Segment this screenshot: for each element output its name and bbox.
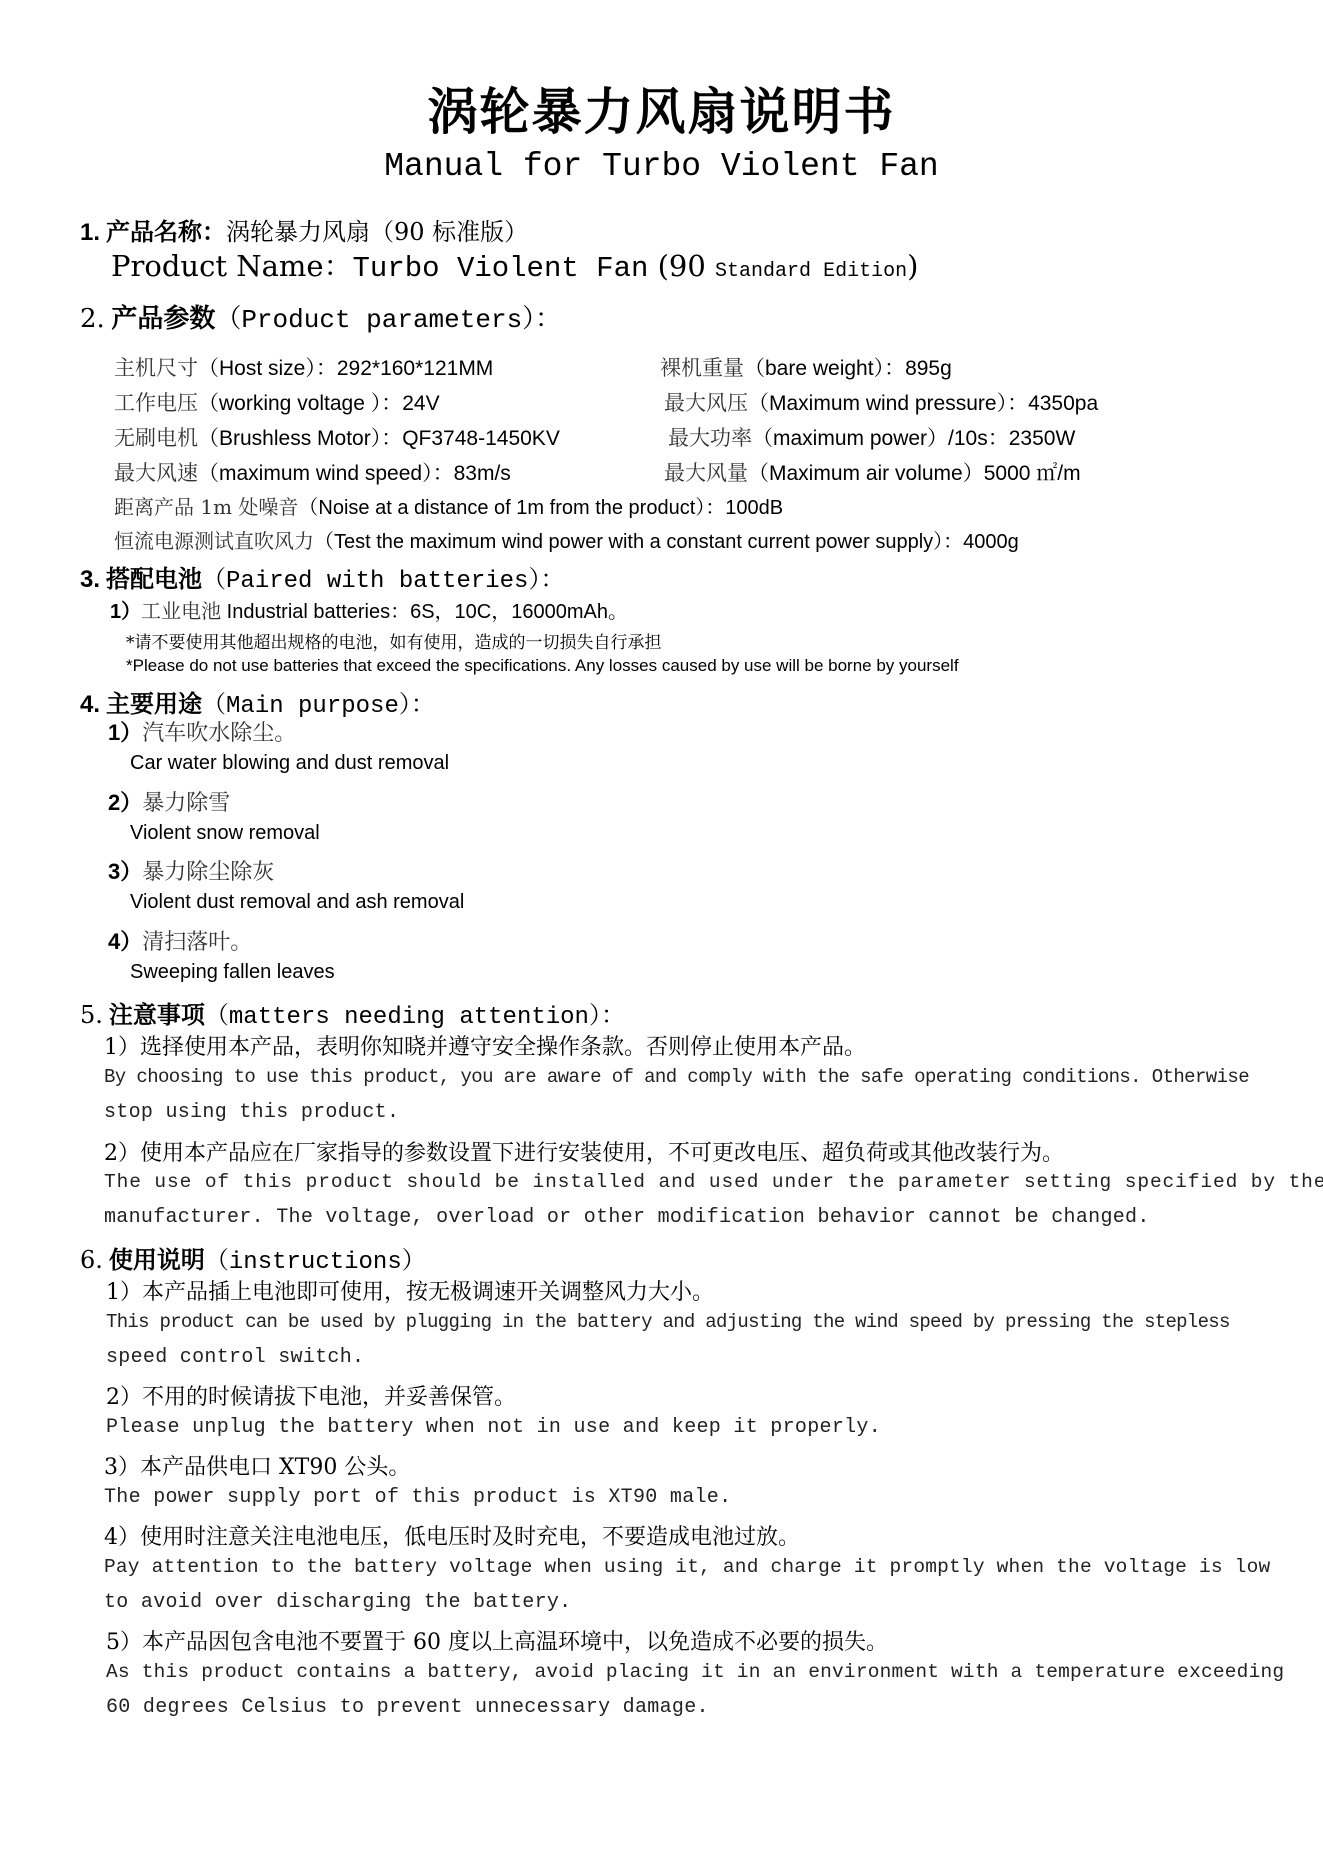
section-number: 2.: [80, 304, 105, 334]
param-label-en: （Host size）：: [198, 357, 337, 380]
param-constant-current-test: 恒流电源测试直吹风力（Test the maximum wind power w…: [114, 525, 1019, 554]
param-label-cn: 工作电压: [114, 391, 198, 415]
instruction-item-2-cn: 2）不用的时候请拔下电池，并妥善保管。: [106, 1380, 516, 1411]
param-bare-weight: 裸机重量（bare weight）：895g: [660, 352, 952, 382]
purpose-item-1: 1）汽车吹水除尘。: [108, 716, 296, 747]
section-5-label-cn: 注意事项: [109, 1000, 205, 1029]
section-3-label-en: （Paired with batteries）：: [202, 568, 564, 595]
param-label-cn: 裸机重量: [660, 356, 744, 380]
param-label-cn: 最大风速: [114, 461, 198, 485]
purpose-item-2: 2）暴力除雪: [108, 786, 230, 817]
param-label-en: （maximum power）/10s：: [752, 427, 1009, 450]
param-value: 24V: [402, 392, 439, 415]
param-value: 4000g: [963, 531, 1019, 553]
section-number: 4.: [80, 691, 100, 718]
attention-item-2-cn: 2）使用本产品应在厂家指导的参数设置下进行安装使用，不可更改电压、超负荷或其他改…: [104, 1136, 1064, 1167]
param-value: 895g: [905, 357, 952, 380]
section-3-heading: 3. 搭配电池（Paired with batteries）：: [80, 559, 564, 595]
section-number: 1.: [80, 219, 100, 246]
section-2-label-cn: 产品参数: [111, 304, 215, 334]
param-label-en: （Brushless Motor）：: [198, 427, 402, 450]
item-cn: 暴力除尘除灰: [142, 860, 274, 885]
section-6-heading: 6. 使用说明（instructions）: [80, 1240, 426, 1276]
purpose-item-4: 4）清扫落叶。: [108, 925, 252, 956]
product-name-label: Product Name：: [111, 249, 353, 283]
attention-item-2-en-line1: The use of this product should be instal…: [104, 1171, 1323, 1193]
item-en: Industrial batteries：6S，10C，16000mAh。: [221, 601, 628, 623]
item-number: 1）: [108, 720, 142, 745]
section-4-label-cn: 主要用途: [106, 689, 202, 718]
attention-item-1-en-line2: stop using this product.: [104, 1101, 399, 1124]
param-value: QF3748-1450KV: [402, 427, 560, 450]
section-6-label-en: （instructions）: [205, 1249, 426, 1276]
product-name-edition: Standard Edition: [715, 260, 907, 283]
section-6-label-cn: 使用说明: [109, 1245, 205, 1274]
section-2-label-en: （Product parameters）：: [215, 305, 561, 335]
param-label-en: （Maximum air volume）: [748, 462, 984, 485]
title-english: Manual for Turbo Violent Fan: [0, 148, 1323, 185]
item-cn: 暴力除雪: [142, 791, 230, 816]
param-label-cn: 最大风量: [664, 461, 748, 485]
param-value: 83m/s: [454, 462, 511, 485]
param-label-cn: 最大功率: [668, 426, 752, 450]
item-cn: 汽车吹水除尘。: [142, 721, 296, 746]
instruction-item-1-cn: 1）本产品插上电池即可使用，按无极调速开关调整风力大小。: [106, 1275, 714, 1306]
purpose-item-3-en: Violent dust removal and ash removal: [130, 891, 464, 914]
purpose-item-2-en: Violent snow removal: [130, 822, 320, 845]
param-label-en: （Noise at a distance of 1m from the prod…: [298, 497, 725, 519]
param-label-cn: 无刷电机: [114, 426, 198, 450]
purpose-item-3: 3）暴力除尘除灰: [108, 855, 274, 886]
param-noise: 距离产品 1m 处噪音（Noise at a distance of 1m fr…: [114, 491, 783, 520]
param-label-cn: 最大风压: [664, 391, 748, 415]
section-2-heading: 2. 产品参数（Product parameters）：: [80, 298, 561, 335]
item-number: 3）: [108, 859, 142, 884]
instruction-item-1-en-line1: This product can be used by plugging in …: [106, 1311, 1230, 1333]
param-value: 100dB: [725, 497, 783, 519]
product-name-close: ): [907, 249, 918, 283]
param-max-wind-speed: 最大风速（maximum wind speed）：83m/s: [114, 457, 511, 487]
param-label-en: （Test the maximum wind power with a cons…: [314, 531, 963, 553]
param-working-voltage: 工作电压（working voltage ）：24V: [114, 387, 440, 417]
param-value: 5000 ㎡/m: [984, 462, 1081, 485]
instruction-item-3-en-line1: The power supply port of this product is…: [104, 1486, 731, 1509]
product-name-value: Turbo Violent Fan: [353, 252, 649, 285]
purpose-item-4-en: Sweeping fallen leaves: [130, 961, 335, 984]
instruction-item-5-cn: 5）本产品因包含电池不要置于 60 度以上高温环境中，以免造成不必要的损失。: [106, 1625, 888, 1656]
attention-item-1-cn: 1）选择使用本产品，表明你知晓并遵守安全操作条款。否则停止使用本产品。: [104, 1030, 866, 1061]
param-max-power: 最大功率（maximum power）/10s：2350W: [668, 422, 1075, 452]
param-max-air-volume: 最大风量（Maximum air volume）5000 ㎡/m: [664, 457, 1081, 487]
item-cn: 工业电池: [141, 599, 221, 623]
param-label-cn: 恒流电源测试直吹风力: [114, 529, 314, 553]
param-label-en: （working voltage ）：: [198, 392, 402, 415]
param-value: 4350pa: [1028, 392, 1098, 415]
instruction-item-2-en-line1: Please unplug the battery when not in us…: [106, 1416, 881, 1439]
title-chinese: 涡轮暴力风扇说明书: [0, 72, 1323, 144]
section-number: 3.: [80, 566, 100, 593]
param-value: 292*160*121MM: [337, 357, 493, 380]
instruction-item-4-en-line2: to avoid over discharging the battery.: [104, 1591, 571, 1614]
battery-item: 1）工业电池 Industrial batteries：6S，10C，16000…: [110, 595, 628, 624]
section-number: 6.: [80, 1246, 103, 1274]
param-label-en: （maximum wind speed）：: [198, 462, 454, 485]
param-label-en: （Maximum wind pressure）：: [748, 392, 1028, 415]
manual-page: 涡轮暴力风扇说明书 Manual for Turbo Violent Fan 1…: [0, 0, 1323, 1871]
item-number: 4）: [108, 929, 142, 954]
section-1-heading: 1. 产品名称：涡轮暴力风扇（90 标准版）: [80, 212, 528, 247]
param-label-cn: 主机尺寸: [114, 356, 198, 380]
param-max-wind-pressure: 最大风压（Maximum wind pressure）：4350pa: [664, 387, 1098, 417]
section-5-heading: 5. 注意事项（matters needing attention）：: [80, 995, 625, 1031]
section-number: 5.: [80, 1001, 103, 1029]
battery-warning-en: *Please do not use batteries that exceed…: [126, 656, 959, 676]
param-label-en: （bare weight）：: [744, 357, 905, 380]
battery-warning-cn: *请不要使用其他超出规格的电池，如有使用，造成的一切损失自行承担: [126, 628, 662, 653]
instruction-item-5-en-line2: 60 degrees Celsius to prevent unnecessar…: [106, 1696, 709, 1719]
section-5-label-en: （matters needing attention）：: [205, 1004, 625, 1031]
product-name-paren: (90: [658, 249, 715, 283]
instruction-item-4-cn: 4）使用时注意关注电池电压，低电压时及时充电，不要造成电池过放。: [104, 1520, 800, 1551]
instruction-item-4-en-line1: Pay attention to the battery voltage whe…: [104, 1556, 1270, 1578]
param-value: 2350W: [1009, 427, 1076, 450]
attention-item-2-en-line2: manufacturer. The voltage, overload or o…: [104, 1206, 1150, 1229]
instruction-item-3-cn: 3）本产品供电口 XT90 公头。: [104, 1450, 410, 1481]
section-1-value-cn: 涡轮暴力风扇（90 标准版）: [226, 218, 528, 246]
section-4-heading: 4. 主要用途（Main purpose）：: [80, 684, 435, 720]
param-brushless-motor: 无刷电机（Brushless Motor）：QF3748-1450KV: [114, 422, 560, 452]
item-number: 2）: [108, 790, 142, 815]
param-label-cn: 距离产品 1m 处噪音: [114, 495, 298, 519]
item-cn: 清扫落叶。: [142, 930, 252, 955]
attention-item-1-en-line1: By choosing to use this product, you are…: [104, 1066, 1249, 1088]
instruction-item-5-en-line1: As this product contains a battery, avoi…: [106, 1661, 1284, 1683]
item-number: 1）: [110, 601, 141, 623]
purpose-item-1-en: Car water blowing and dust removal: [130, 752, 449, 775]
product-name-en: Product Name：Turbo Violent Fan (90 Stand…: [111, 244, 918, 285]
instruction-item-1-en-line2: speed control switch.: [106, 1346, 364, 1369]
section-3-label-cn: 搭配电池: [106, 564, 202, 593]
param-host-size: 主机尺寸（Host size）：292*160*121MM: [114, 352, 493, 382]
section-1-label-cn: 产品名称：: [106, 217, 226, 246]
